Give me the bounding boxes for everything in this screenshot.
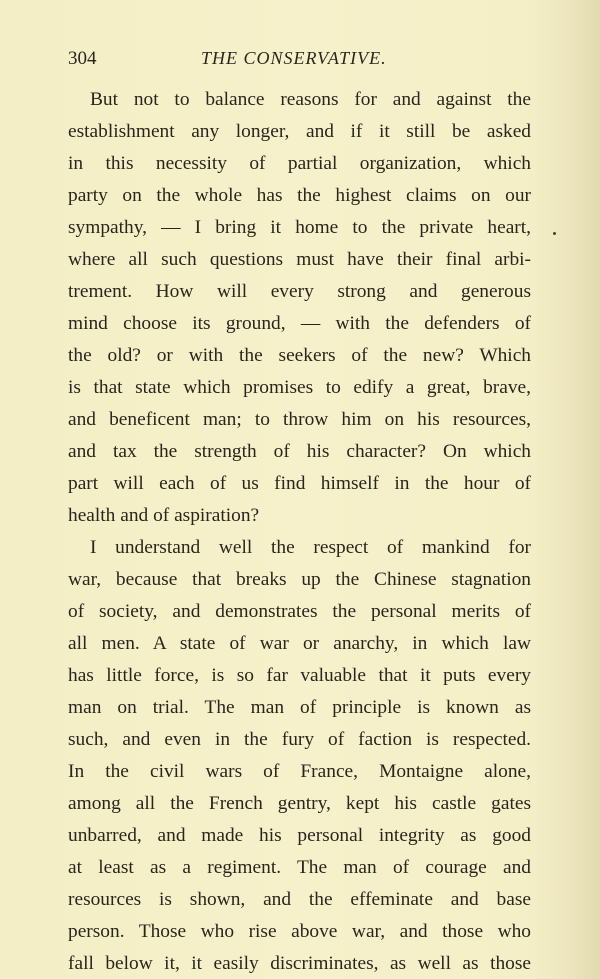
text-line: the old? or with the seekers of the new?… <box>68 340 531 372</box>
text-line: health and of aspiration? <box>68 500 531 532</box>
book-page: 304 THE CONSERVATIVE. But not to balance… <box>0 0 600 979</box>
page-number: 304 <box>68 48 97 70</box>
text-line: mind choose its ground, — with the defen… <box>68 308 531 340</box>
paragraph-1: But not to balance reasons for and again… <box>68 84 531 532</box>
text-line: trement. How will every strong and gener… <box>68 276 531 308</box>
text-line: But not to balance reasons for and again… <box>68 84 531 116</box>
text-line: in this necessity of partial organizatio… <box>68 148 531 180</box>
text-line: and beneficent man; to throw him on his … <box>68 404 531 436</box>
text-line: war, because that breaks up the Chinese … <box>68 564 531 596</box>
text-line: where all such questions must have their… <box>68 244 531 276</box>
text-line: I understand well the respect of mankind… <box>68 532 531 564</box>
paragraph-2: I understand well the respect of mankind… <box>68 532 531 979</box>
text-line: person. Those who rise above war, and th… <box>68 916 531 948</box>
text-line: party on the whole has the highest claim… <box>68 180 531 212</box>
text-line: and tax the strength of his character? O… <box>68 436 531 468</box>
body-text: But not to balance reasons for and again… <box>68 84 531 979</box>
text-line: has little force, is so far valuable tha… <box>68 660 531 692</box>
text-line: is that state which promises to edify a … <box>68 372 531 404</box>
ink-speck <box>553 232 556 235</box>
text-line: fall below it, it easily discriminates, … <box>68 948 531 979</box>
running-head: THE CONSERVATIVE. <box>201 48 387 69</box>
text-line: unbarred, and made his personal integrit… <box>68 820 531 852</box>
text-line: among all the French gentry, kept his ca… <box>68 788 531 820</box>
text-line: such, and even in the fury of faction is… <box>68 724 531 756</box>
text-line: resources is shown, and the effeminate a… <box>68 884 531 916</box>
text-line: establishment any longer, and if it stil… <box>68 116 531 148</box>
text-line: all men. A state of war or anarchy, in w… <box>68 628 531 660</box>
page-header: 304 THE CONSERVATIVE. <box>68 48 532 78</box>
text-line: at least as a regiment. The man of coura… <box>68 852 531 884</box>
text-line: In the civil wars of France, Montaigne a… <box>68 756 531 788</box>
text-line: man on trial. The man of principle is kn… <box>68 692 531 724</box>
text-line: of society, and demonstrates the persona… <box>68 596 531 628</box>
text-line: part will each of us find himself in the… <box>68 468 531 500</box>
text-line: sympathy, — I bring it home to the priva… <box>68 212 531 244</box>
